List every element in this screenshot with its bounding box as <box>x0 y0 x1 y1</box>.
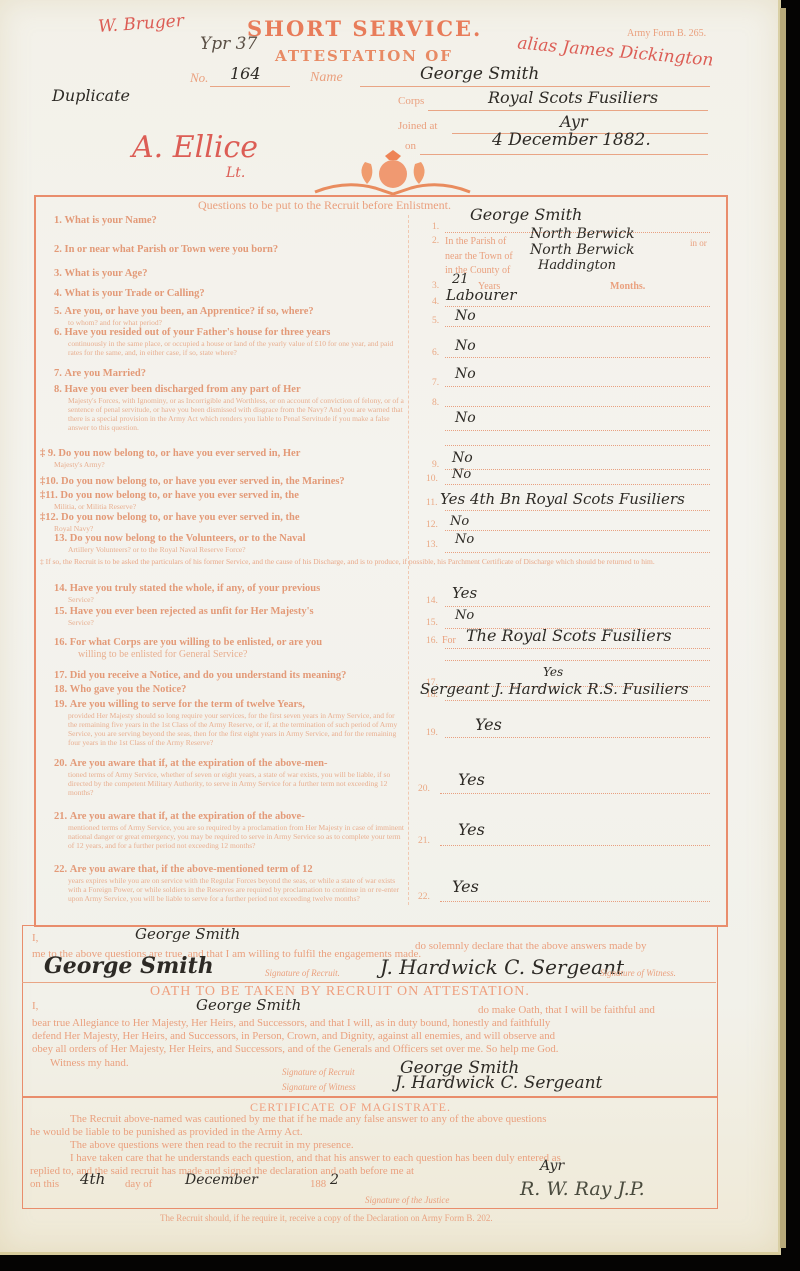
question-17: 17. Did you receive a Notice, and do you… <box>54 670 346 682</box>
answer-num-7: 7. <box>432 378 439 388</box>
form-number: Army Form B. 265. <box>627 28 706 39</box>
oath-text-4: obey all orders of Her Majesty, Her Heir… <box>32 1043 559 1055</box>
answer-num-10: 10. <box>426 474 438 484</box>
answer-3-years: 21 <box>452 272 469 287</box>
question-19: 19. Are you willing to serve for the ter… <box>54 699 404 747</box>
margin-annotation-top: W. Bruger <box>97 11 184 37</box>
answer-9: No <box>452 450 473 466</box>
answer-num-9: 9. <box>432 460 439 470</box>
question-11: ‡11. Do you now belong to, or have you e… <box>40 490 390 511</box>
joined-at-label: Joined at <box>398 120 437 132</box>
question-10: ‡10. Do you now belong to, or have you e… <box>40 476 345 488</box>
justice-signature-label: Signature of the Justice <box>365 1195 449 1205</box>
answer-5: No <box>455 308 476 324</box>
officer-signature: A. Ellice <box>132 130 258 165</box>
question-16: 16. For what Corps are you willing to be… <box>54 637 404 661</box>
footnote: ‡ If so, the Recruit is to be asked the … <box>40 557 710 567</box>
officer-signature-suffix: Lt. <box>226 165 245 181</box>
oath-recruit-signature-label: Signature of Recruit <box>282 1067 355 1077</box>
oath-name: George Smith <box>196 996 301 1014</box>
questions-heading: Questions to be put to the Recruit befor… <box>198 198 451 213</box>
question-4: 4. What is your Trade or Calling? <box>54 288 205 300</box>
form-subtitle: ATTESTATION OF <box>275 47 453 65</box>
question-20: 20. Are you aware that if, at the expira… <box>54 758 404 797</box>
answer-10: No <box>452 467 471 482</box>
answer-20: Yes <box>458 770 485 789</box>
answer-num-8: 8. <box>432 398 439 408</box>
magistrate-text-3: The above questions were then read to th… <box>70 1139 354 1151</box>
answer-16: The Royal Scots Fusiliers <box>466 626 672 645</box>
oath-text-2: bear true Allegiance to Her Majesty, Her… <box>32 1017 550 1029</box>
name-value: George Smith <box>420 64 539 84</box>
oath-witness-signature: J. Hardwick C. Sergeant <box>395 1073 602 1093</box>
question-8: 8. Have you ever been discharged from an… <box>54 384 404 432</box>
answer-num-21: 21. <box>418 836 430 846</box>
question-2: 2. In or near what Parish or Town were y… <box>54 244 278 256</box>
footer-note: The Recruit should, if he require it, re… <box>160 1213 493 1223</box>
question-5: 5. Are you, or have you been, an Apprent… <box>54 306 404 327</box>
magistrate-text-1: The Recruit above-named was cautioned by… <box>70 1113 546 1125</box>
declaration-recruit-signature: George Smith <box>44 953 214 979</box>
question-15: 15. Have you ever been rejected as unfit… <box>54 606 404 627</box>
answer-12: No <box>450 514 469 529</box>
question-22: 22. Are you aware that, if the above-men… <box>54 864 404 903</box>
day-of-label: day of <box>125 1178 152 1190</box>
answer-num-22: 22. <box>418 892 430 902</box>
year-prefix: 188 <box>310 1178 326 1190</box>
answer-num-11: 11. <box>426 498 438 508</box>
question-18: 18. Who gave you the Notice? <box>54 684 186 696</box>
magistrate-text-4: I have taken care that he understands ea… <box>70 1152 561 1164</box>
answer-num-12: 12. <box>426 520 438 530</box>
months-label: Months. <box>610 281 645 292</box>
attestation-document: W. Bruger Ypr 37 SHORT SERVICE. Army For… <box>0 0 781 1255</box>
answer-15: No <box>455 608 474 623</box>
answer-2-town: North Berwick <box>530 242 635 258</box>
answer-1: George Smith <box>470 205 582 224</box>
oath-witness-signature-label: Signature of Witness <box>282 1082 356 1092</box>
answer-14: Yes <box>452 584 477 602</box>
name-label: Name <box>310 70 343 86</box>
answer-7: No <box>455 366 476 382</box>
parish-label: In the Parish of <box>445 236 506 247</box>
answer-21: Yes <box>458 820 485 839</box>
answer-num-1: 1. <box>432 222 439 232</box>
magistrate-place: Ayr <box>540 1158 564 1174</box>
joined-at-value: Ayr <box>560 112 588 131</box>
question-13: 13. Do you now belong to the Volunteers,… <box>54 533 404 554</box>
justice-signature: R. W. Ray J.P. <box>520 1178 645 1200</box>
answer-num-6: 6. <box>432 348 439 358</box>
on-value: 4 December 1882. <box>492 130 651 150</box>
answer-num-14: 14. <box>426 596 438 606</box>
form-title: SHORT SERVICE. <box>247 16 482 41</box>
magistrate-month: December <box>185 1172 258 1188</box>
number-value: 164 <box>230 64 261 83</box>
answer-num-3: 3. <box>432 281 439 291</box>
magistrate-day: 4th <box>80 1170 105 1188</box>
on-this-label: on this <box>30 1178 59 1190</box>
corps-label: Corps <box>398 95 424 107</box>
magistrate-year-digit: 2 <box>330 1172 339 1188</box>
oath-text-3: defend Her Majesty, Her Heirs, and Succe… <box>32 1030 555 1042</box>
declaration-i-label: I, <box>32 932 38 944</box>
alias-annotation: alias James Dickington <box>517 33 715 70</box>
oath-text-1: do make Oath, that I will be faithful an… <box>478 1004 655 1016</box>
answer-22: Yes <box>452 877 479 896</box>
answer-2-parish: North Berwick <box>530 226 635 242</box>
answer-17: Yes <box>543 665 563 679</box>
declaration-name: George Smith <box>135 925 240 943</box>
question-12: ‡12. Do you now belong to, or have you e… <box>40 512 390 533</box>
declaration-witness-signature: J. Hardwick C. Sergeant <box>380 955 624 979</box>
question-6: 6. Have you resided out of your Father's… <box>54 327 404 357</box>
page-edge <box>780 8 786 1248</box>
answer-11: Yes 4th Bn Royal Scots Fusiliers <box>440 490 685 508</box>
question-1: 1. What is your Name? <box>54 215 157 227</box>
number-label: No. <box>190 70 208 86</box>
answer-num-19: 19. <box>426 728 438 738</box>
town-label: near the Town of <box>445 251 513 262</box>
witness-my-hand: Witness my hand. <box>50 1057 129 1069</box>
answer-13: No <box>455 532 474 547</box>
answer-4: Labourer <box>446 286 516 304</box>
magistrate-text-2: he would be liable to be punished as pro… <box>30 1126 303 1138</box>
corps-value: Royal Scots Fusiliers <box>488 88 658 107</box>
question-21: 21. Are you aware that if, at the expira… <box>54 811 404 850</box>
answer-num-5: 5. <box>432 316 439 326</box>
recruit-signature-label: Signature of Recruit. <box>265 968 340 978</box>
duplicate-note: Duplicate <box>52 86 130 105</box>
answer-2-county: Haddington <box>538 258 616 273</box>
answer-num-4: 4. <box>432 297 439 307</box>
oath-i-label: I, <box>32 1000 38 1012</box>
royal-crest-icon <box>305 150 480 198</box>
question-14: 14. Have you truly stated the whole, if … <box>54 583 404 604</box>
answer-num-16: 16. <box>426 636 438 646</box>
witness-signature-label: Signature of Witness. <box>600 968 676 978</box>
for-label: For <box>442 635 456 646</box>
answer-num-15: 15. <box>426 618 438 628</box>
answer-18: Sergeant J. Hardwick R.S. Fusiliers <box>420 680 689 698</box>
question-3: 3. What is your Age? <box>54 268 147 280</box>
answer-num-2: 2. <box>432 236 439 246</box>
question-7: 7. Are you Married? <box>54 368 146 380</box>
answer-19: Yes <box>475 715 502 734</box>
in-or-label: in or <box>690 238 707 248</box>
answer-8: No <box>455 410 476 426</box>
answer-num-20: 20. <box>418 784 430 794</box>
answer-6: No <box>455 338 476 354</box>
question-9: ‡ 9. Do you now belong to, or have you e… <box>40 448 390 469</box>
declaration-text-1: do solemnly declare that the above answe… <box>415 940 647 952</box>
answer-num-13: 13. <box>426 540 438 550</box>
